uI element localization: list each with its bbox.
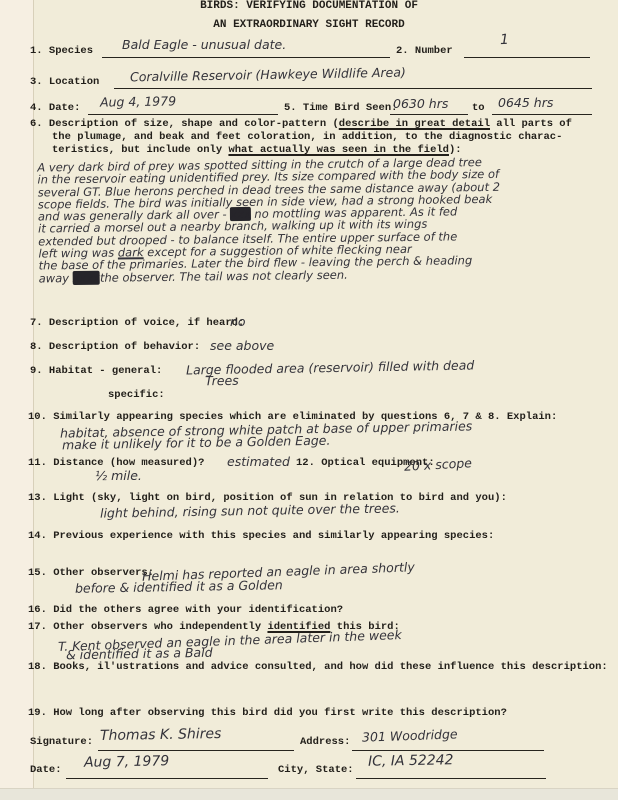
date-seen-label: 4. Date: (30, 102, 80, 115)
q15-label: 15. Other observers: (28, 567, 154, 580)
footer-date-blank-line (66, 778, 268, 779)
city-state-blank-line (356, 778, 546, 779)
q12-value: 20 x scope (404, 456, 473, 473)
q11-value-line1: estimated (227, 455, 290, 468)
q9-label: 9. Habitat - general: (30, 365, 162, 378)
q19-label: 19. How long after observing this bird d… (28, 707, 507, 720)
address-value: 301 Woodridge (362, 727, 458, 743)
time-to-value: 0645 hrs (498, 96, 553, 109)
q11-value-line2: ½ mile. (95, 469, 142, 482)
address-blank-line (352, 750, 544, 751)
location-label: 3. Location (30, 76, 99, 89)
q13-value: light behind, rising sun not quite over … (100, 501, 400, 519)
q17-label-pre: 17. Other observers who independently (28, 621, 267, 633)
q8-label: 8. Description of behavior: (30, 341, 200, 354)
scan-backing-strip (0, 789, 618, 800)
time-seen-label: 5. Time Bird Seen: (284, 102, 397, 115)
q10-value-line2: make it unlikely for it to be a Golden E… (62, 434, 331, 452)
address-label: Address: (300, 736, 350, 749)
time-to-word: to (472, 102, 485, 115)
location-value: Coralville Reservoir (Hawkeye Wildlife A… (130, 66, 406, 84)
form-title-line1: BIRDS: VERIFYING DOCUMENTATION OF (0, 0, 618, 13)
q6-label-line3-pre: teristics, but include only (52, 144, 228, 156)
q6-label-line3-underlined: what actually was seen in the field (228, 144, 449, 156)
signature-blank-line (98, 750, 294, 751)
time-to-blank-line (492, 114, 592, 115)
number-value: 1 (500, 34, 509, 47)
footer-date-value: Aug 7, 1979 (84, 755, 169, 769)
q6-label-line1-underlined: describe in great detail (339, 118, 490, 130)
date-seen-value: Aug 4, 1979 (100, 94, 176, 108)
species-label: 1. Species (30, 45, 93, 58)
q17-value-line2: & identified it as a Bald (66, 646, 213, 662)
q6-answer-paragraph: A very dark bird of prey was spotted sit… (37, 155, 608, 285)
footer-date-label: Date: (30, 764, 62, 777)
q7-label: 7. Description of voice, if heard: (30, 317, 244, 330)
q6-label-line3-post: ): (449, 144, 462, 156)
q18-label: 18. Books, il'ustrations and advice cons… (28, 661, 608, 674)
number-label: 2. Number (396, 45, 453, 58)
scanned-form-page: BIRDS: VERIFYING DOCUMENTATION OF AN EXT… (0, 0, 618, 800)
q6-label-line2: the plumage, and beak and feet coloratio… (52, 131, 562, 144)
number-blank-line (464, 57, 590, 58)
species-blank-line (102, 57, 390, 58)
signature-value: Thomas K. Shires (100, 728, 222, 743)
city-state-label: City, State: (278, 764, 354, 777)
time-from-blank-line (390, 114, 468, 115)
q8-value: see above (210, 339, 274, 352)
q7-value: no (230, 315, 246, 328)
q15-value-line2: before & identified it as a Golden (75, 578, 283, 595)
q16-label: 16. Did the others agree with your ident… (28, 604, 343, 617)
q6-label-line1: 6. Description of size, shape and color-… (30, 118, 572, 131)
city-state-value: IC, IA 52242 (368, 754, 454, 768)
q9-value-line2: Trees (205, 374, 239, 388)
q9-specific-label: specific: (108, 389, 165, 402)
q6-label-line1-post: all parts of (490, 118, 572, 130)
q6-label-line1-pre: 6. Description of size, shape and color-… (30, 118, 339, 130)
location-blank-line (114, 88, 592, 89)
species-value: Bald Eagle - unusual date. (122, 38, 286, 51)
q14-label: 14. Previous experience with this specie… (28, 530, 494, 543)
signature-label: Signature: (30, 736, 93, 749)
date-seen-blank-line (88, 114, 278, 115)
time-from-value: 0630 hrs (393, 97, 448, 110)
form-title-line2: AN EXTRAORDINARY SIGHT RECORD (0, 19, 618, 32)
